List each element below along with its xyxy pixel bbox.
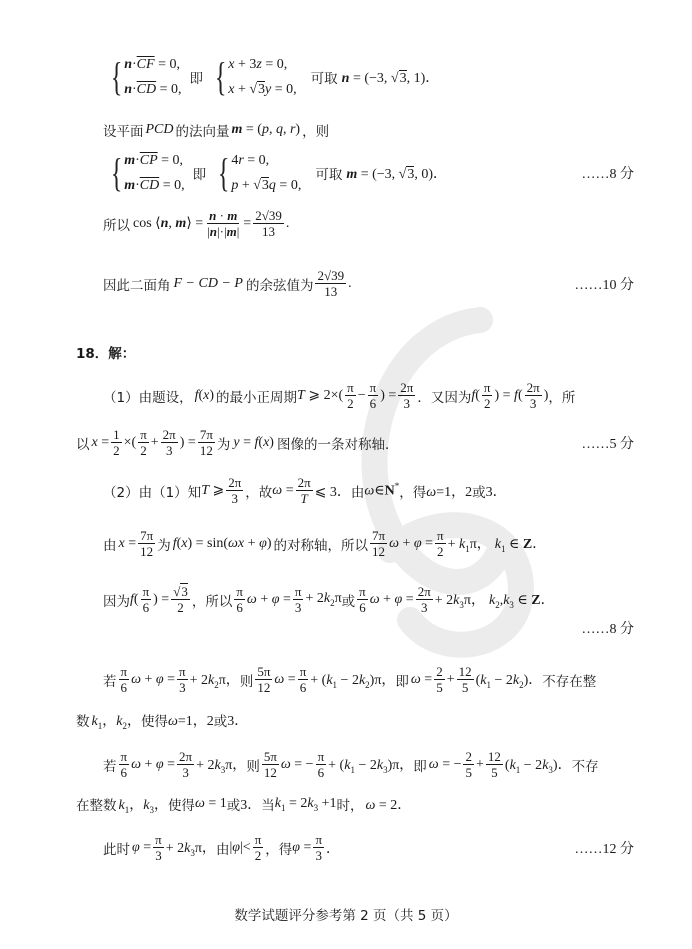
cos-line: 所以 cos ⟨n, m⟩ = n · m|n|·|m| = 2√3913 . (103, 208, 692, 239)
system-m-equations: { 4r = 0, p + √3q = 0, (214, 148, 301, 198)
case1-line: 若π6ω + φ =π3+ 2k2π， 则5π12ω =π6+ (k1 − 2k… (103, 664, 692, 695)
fraction: 2√3913 (253, 208, 284, 239)
ji-label: 即 (190, 67, 204, 87)
system-n-equations: { x + 3z = 0, x + √3y = 0, (211, 52, 297, 102)
ji-label: 即 (193, 163, 207, 183)
text: 以 (76, 433, 90, 453)
fraction: n · m|n|·|m| (205, 208, 241, 239)
take-label: 可取 (311, 67, 338, 87)
case2-line2: 在整数k1，k3，使得ω = 1或3．当k1 = 2k3 +1时，ω = 2． (76, 794, 692, 815)
text: ，则 (302, 120, 329, 140)
vector-m-def: m = (p, q, r) (232, 122, 301, 138)
text: . (286, 216, 290, 232)
vector-n-result: n = (−3, √3, 1)． (342, 67, 440, 87)
text: （1）由题设， (103, 386, 193, 406)
plane-label: PCD (146, 122, 174, 138)
text: 所以 (103, 214, 130, 234)
system-m-line: { m·CP = 0, m·CD = 0, 即 { 4r = 0, p + √3… (103, 148, 692, 198)
case2-line: 若π6ω + φ =2π3+ 2k3π， 则5π12ω = −π6+ (k1 −… (103, 749, 692, 780)
text: 因此二面角 (103, 274, 171, 294)
question-18-heading: 18．解： (76, 342, 692, 362)
part2-line3: 因为f(π6) =√32 ，所以π6ω + φ =π3+ 2k2π 或π6ω +… (103, 584, 692, 615)
system-m-conditions: { m·CP = 0, m·CD = 0, (107, 148, 185, 198)
text: 的法向量 (176, 120, 230, 140)
score-5: ……5 分 (582, 433, 635, 453)
score-8: ……8 分 (582, 163, 635, 183)
dihedral-line: 因此二面角 F − CD − P 的余弦值为 2√3913 . ……10 分 (103, 268, 692, 299)
system-n-conditions: { n·CF = 0, n·CD = 0, (107, 52, 182, 102)
text: 的余弦值为 (246, 274, 314, 294)
text: 图像的一条对称轴． (277, 433, 399, 453)
part2-line1: （2）由（1）知 T ⩾2π3 ，故ω =2πT⩽ 3． 由ω∈N*，得ω=1，… (103, 475, 692, 506)
score-8: ……8 分 (582, 618, 635, 638)
part1-line1: （1）由题设， f(x) 的最小正周期 T ⩾ 2×( π2−π6) = 2π3… (103, 380, 692, 411)
final-line: 此时φ =π3+ 2k3π， 由|φ|<π2，得φ =π3． ……12 分 (103, 832, 692, 863)
take-label: 可取 (315, 163, 342, 183)
text: ，所 (548, 386, 575, 406)
text: （2）由（1）知 (103, 481, 201, 501)
part2-line2: 由x =7π12 为f(x) = sin(ωx + φ) 的对称轴，所以7π12… (103, 528, 692, 559)
part1-line2: 以 x = 12×(π2+2π3) = 7π12 为 y = f(x) 图像的一… (76, 427, 692, 458)
system-n-line: { n·CF = 0, n·CD = 0, 即 { x + 3z = 0, x … (103, 52, 692, 102)
text: 的最小正周期 (216, 386, 297, 406)
case1-line2: 数k1，k2，使得ω=1，2或3． (76, 710, 692, 731)
text: 设平面 (103, 120, 144, 140)
normal-vector-m-intro: 设平面 PCD 的法向量 m = (p, q, r) ，则 (103, 120, 692, 140)
fraction: 2√3913 (315, 268, 346, 299)
angle-label: F − CD − P (174, 276, 243, 292)
text: 为 (217, 433, 231, 453)
cos-lhs: cos ⟨n, m⟩ = (133, 215, 203, 232)
text: ．又因为 (417, 386, 471, 406)
score-12: ……12 分 (575, 838, 635, 858)
score-10: ……10 分 (575, 274, 635, 294)
page-footer: 数学试题评分参考第 2 页（共 5 页） (0, 904, 692, 924)
text: . (348, 276, 352, 292)
vector-m-result: m = (−3, √3, 0)． (346, 163, 447, 183)
